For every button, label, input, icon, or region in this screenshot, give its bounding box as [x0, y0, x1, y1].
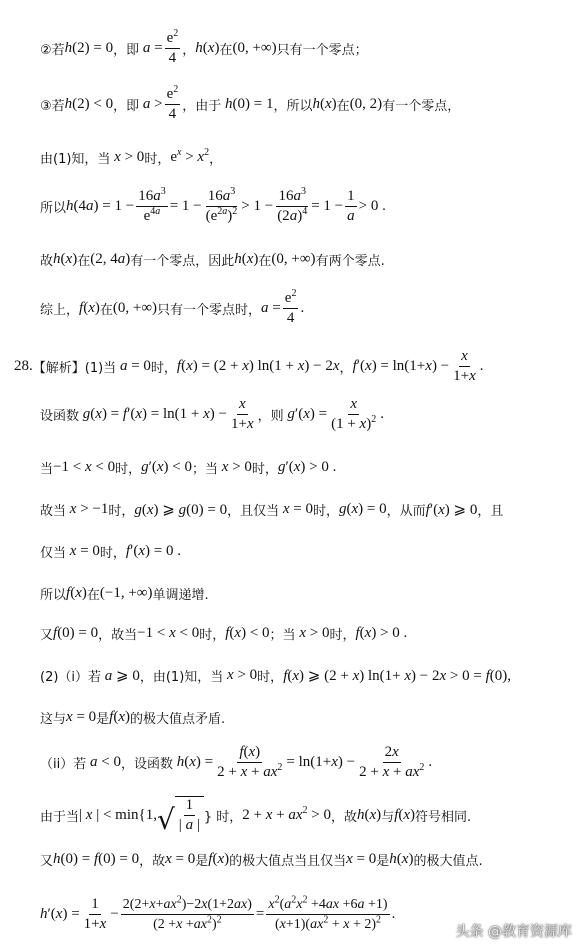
- text: 时，: [313, 500, 339, 519]
- by1-line: 由(1)知，当 x > 0 时， ex > x2 ，: [40, 148, 222, 167]
- part2i-line: (2)（i）若 a ⩾ 0 ，由(1)知，当 x > 0 时， f(x) ⩾ (…: [40, 666, 511, 685]
- text: ，则: [258, 405, 284, 424]
- text: } 时，: [204, 806, 242, 825]
- text: 时，: [199, 624, 225, 643]
- fraction: x2(a2x2 +4ax +6a +1)(x+1)(ax2 + x + 2)2: [266, 896, 389, 933]
- therefore-line: 故 h(x) 在 (2, 4a) 有一个零点，因此 h(x) 在 (0, +∞)…: [40, 250, 385, 269]
- text: 在: [219, 39, 232, 58]
- text: 的极大值点矛盾.: [130, 708, 225, 727]
- fraction-e2-4: e24: [283, 290, 299, 327]
- text: 在: [77, 250, 90, 269]
- contradiction-line: 这与 x = 0 是 f(x) 的极大值点矛盾.: [40, 708, 225, 727]
- text: ，且: [477, 500, 503, 519]
- h0-line: 又 h(0) = f(0) = 0 ，故 x = 0 是 f(x) 的极大值点当…: [40, 850, 483, 869]
- fraction: 2(2+x+ax2)−2x(1+2ax)(2 +x +ax2)2: [121, 896, 254, 933]
- problem-number: 28.: [14, 358, 33, 375]
- text: 故当: [40, 500, 66, 519]
- text: 由(1)知，当: [40, 148, 110, 167]
- sqrt: √1| a |: [157, 796, 204, 834]
- text: ，即: [113, 39, 139, 58]
- text: 时，: [252, 458, 278, 477]
- fraction: 16a3(2a)4: [275, 188, 309, 225]
- summary-line: 综上， f(x) 在 (0, +∞) 只有一个零点时， a = e24 .: [40, 290, 304, 327]
- text: 只有一个零点；: [277, 39, 368, 58]
- f0-line: 又 f(0) = 0 ，故当 −1 < x < 0 时， f(x) < 0 ；当…: [40, 624, 407, 643]
- text: 有两个零点.: [316, 250, 385, 269]
- text: 是: [195, 850, 208, 869]
- fraction: 16a3(e2a)2: [204, 188, 240, 225]
- text: 时，: [329, 624, 355, 643]
- h-prime-line: h′(x) = 11+x − 2(2+x+ax2)−2x(1+2ax)(2 +x…: [40, 896, 395, 933]
- text: 与: [381, 806, 394, 825]
- text: ；当: [270, 624, 296, 643]
- text: 又: [40, 850, 53, 869]
- text: ，从而: [387, 500, 426, 519]
- fraction-e2-4: e24: [165, 30, 181, 67]
- text: ③若: [40, 95, 65, 114]
- fraction: x(1 + x)2: [329, 396, 378, 433]
- text: ，且仅当: [227, 500, 279, 519]
- fraction: 16a3e4a: [136, 188, 168, 225]
- text: (1)当: [85, 357, 116, 376]
- text: ②若: [40, 39, 65, 58]
- text: 的极大值点.: [413, 850, 482, 869]
- text: ，由于: [182, 95, 221, 114]
- text: 是: [96, 708, 109, 727]
- text: 时，: [257, 666, 283, 685]
- only-when-line: 仅当 x = 0 时， f′(x) = 0 .: [40, 542, 181, 561]
- text: ，由(1)知，当: [140, 666, 223, 685]
- same-sign-line: 由于当 | x | < min{1, √1| a | } 时， 2 + x + …: [40, 796, 471, 834]
- monotonic-line: 所以 f(x) 在 (−1, +∞) 单调递增.: [40, 584, 209, 603]
- text: ，故: [331, 806, 357, 825]
- case3-line: ③若 h(2) < 0 ，即 a > e24 ，由于 h(0) = 1 ，所以 …: [40, 86, 460, 123]
- g-ge-line: 故当 x > −1 时， g(x) ⩾ g(0) = 0 ，且仅当 x = 0 …: [40, 500, 503, 519]
- watermark: 头条 @教育资源库: [456, 921, 572, 941]
- text: 时，: [144, 148, 170, 167]
- fraction: x1+x: [229, 396, 256, 433]
- text: 时，: [100, 542, 126, 561]
- text: 在: [87, 584, 100, 603]
- text: 在: [258, 250, 271, 269]
- text: 的极大值点当且仅当: [229, 850, 346, 869]
- text: 时，: [151, 357, 177, 376]
- problem-28-line: 28. 【解析】 (1)当 a = 0 时， f(x) = (2 + x) ln…: [14, 348, 484, 385]
- g-def-line: 设函数 g(x) = f′(x) = ln(1 + x) − x1+x ，则 g…: [40, 396, 384, 433]
- text: 故: [40, 250, 53, 269]
- text: 是: [376, 850, 389, 869]
- text: 当: [40, 458, 53, 477]
- case2-line: ②若 h(2) = 0 ，即 a = e24 ， h(x) 在 (0, +∞) …: [40, 30, 368, 67]
- text: ，故当: [98, 624, 137, 643]
- text: 由于当: [40, 806, 79, 825]
- text: （ii）若: [40, 753, 86, 772]
- fraction-e2-4: e24: [165, 86, 181, 123]
- fraction: 11+x: [82, 896, 109, 933]
- text: 综上，: [40, 299, 79, 318]
- text: ，设函数: [121, 753, 173, 772]
- text: (2)（i）若: [40, 666, 101, 685]
- h4a-line: 所以 h(4a) = 1 − 16a3e4a = 1 − 16a3(e2a)2 …: [40, 188, 386, 225]
- text: 这与: [40, 708, 66, 727]
- text: 只有一个零点时，: [157, 299, 261, 318]
- text: 有一个零点，: [382, 95, 460, 114]
- text: ；当: [192, 458, 218, 477]
- fraction: 2x2 + x + ax2: [357, 744, 426, 781]
- text: 时，: [115, 458, 141, 477]
- text: 时，: [108, 500, 134, 519]
- fraction: 1a: [345, 188, 357, 225]
- analysis-label: 【解析】: [33, 357, 85, 376]
- text: 所以: [40, 197, 66, 216]
- text: ，即: [113, 95, 139, 114]
- text: 设函数: [40, 405, 79, 424]
- text: 单调递增.: [152, 584, 208, 603]
- text: ，所以: [273, 95, 312, 114]
- fraction: f(x)2 + x + ax2: [215, 744, 284, 781]
- text: 在: [100, 299, 113, 318]
- text: ，: [209, 148, 222, 167]
- text: 符号相同.: [415, 806, 471, 825]
- g-sign-line: 当 −1 < x < 0 时， g′(x) < 0 ；当 x > 0 时， g′…: [40, 458, 336, 477]
- text: 仅当: [40, 542, 66, 561]
- text: 有一个零点，因此: [130, 250, 234, 269]
- part2ii-line: （ii）若 a < 0 ，设函数 h(x) = f(x)2 + x + ax2 …: [40, 744, 432, 781]
- text: ，故: [139, 850, 165, 869]
- text: ，: [182, 39, 195, 58]
- text: 所以: [40, 584, 66, 603]
- fraction: x1+x: [451, 348, 478, 385]
- text: 在: [337, 95, 350, 114]
- text: ，: [340, 357, 353, 376]
- text: 又: [40, 624, 53, 643]
